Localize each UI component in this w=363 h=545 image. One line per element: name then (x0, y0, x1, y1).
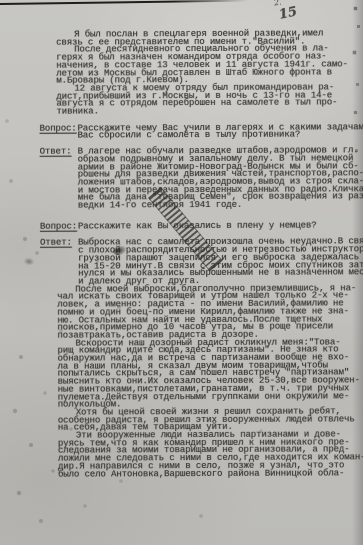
scanned-document-page: 2. 15 Я был послан в спецлагеря военной … (0, 0, 363, 545)
question-block: Вопрос: Расскажите чему Вас учили в лаге… (77, 124, 363, 141)
question-text: Расскажите как Вы оказались в плену у не… (78, 222, 363, 231)
handwritten-page-number: 15 (278, 4, 299, 22)
question-label: Вопрос: (39, 125, 76, 133)
paragraph: После десятидневного специального обучен… (56, 45, 363, 85)
document-line: тивника. (56, 107, 363, 116)
question-block: Вопрос: Расскажите как Вы оказались в пл… (78, 222, 363, 231)
document-line: Расскажите как Вы оказались в плену у не… (78, 222, 363, 231)
document-line: было село Антоновка,Варшевского района В… (58, 470, 363, 479)
paragraph: После моей выброски,благополучно приземл… (57, 285, 363, 341)
paragraph: Эти вооруженные люди назвались партизана… (58, 431, 363, 479)
document-line: ведки 14-го сентября 1941 годе. (78, 201, 363, 210)
page-top-edge-line (0, 0, 248, 5)
paper-speckles (0, 0, 2, 2)
document-content: Я был послан в спецлагеря военной развед… (0, 30, 363, 479)
document-line: Вас сбросили с самолёта в тылу противник… (77, 132, 363, 141)
answer-block: Ответ: В лагере нас обучали разведке шта… (78, 147, 363, 210)
answer-label: Ответ: (40, 149, 72, 157)
answer-label: Ответ: (40, 240, 72, 248)
document-line: августа я с отрядом переброшен на самоле… (56, 99, 363, 108)
paragraph: 12 августа к моему отряду был прикоманди… (56, 84, 363, 116)
question-label: Вопрос: (40, 223, 77, 231)
paragraph: Вскорости наш дозорный радист окликнул м… (57, 339, 363, 410)
answer-text: В лагере нас обучали разведке штабов,аэр… (78, 147, 363, 210)
question-text: Расскажите чему Вас учили в лагерях и с … (77, 124, 363, 141)
